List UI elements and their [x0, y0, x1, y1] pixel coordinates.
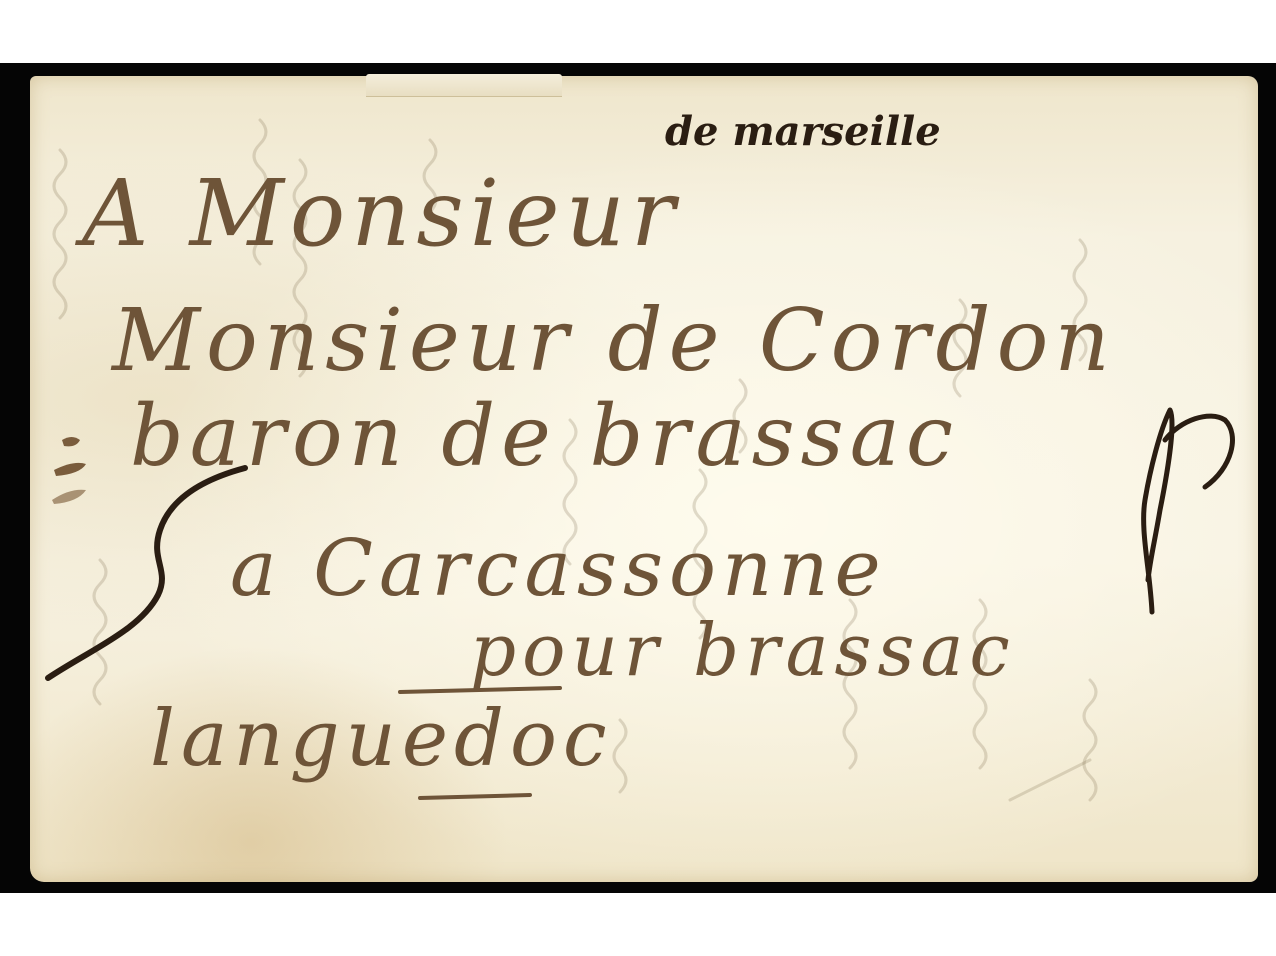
postal-marking-value: P	[0, 0, 1, 1]
rate-marking-value: 5	[0, 0, 1, 1]
flourish-underline-lower	[420, 795, 530, 798]
address-line-5: pour brassac	[470, 608, 1016, 692]
postal-marking-p	[1144, 410, 1233, 612]
handwriting-layer: de marseille A Monsieur Monsieur de Cord…	[0, 0, 1276, 956]
ink-blot	[52, 490, 86, 504]
rate-marking-stroke	[48, 468, 245, 678]
address-line-6: languedoc	[150, 694, 613, 784]
address-line-2: Monsieur de Cordon	[110, 291, 1116, 391]
address-line-4: a Carcassonne	[230, 524, 887, 614]
ink-blot	[54, 463, 86, 476]
address-line-3: baron de brassac	[130, 387, 959, 485]
address-line-1: A Monsieur	[74, 160, 681, 267]
ink-blot	[62, 437, 80, 446]
origin-marking-text: de marseille	[665, 108, 941, 155]
